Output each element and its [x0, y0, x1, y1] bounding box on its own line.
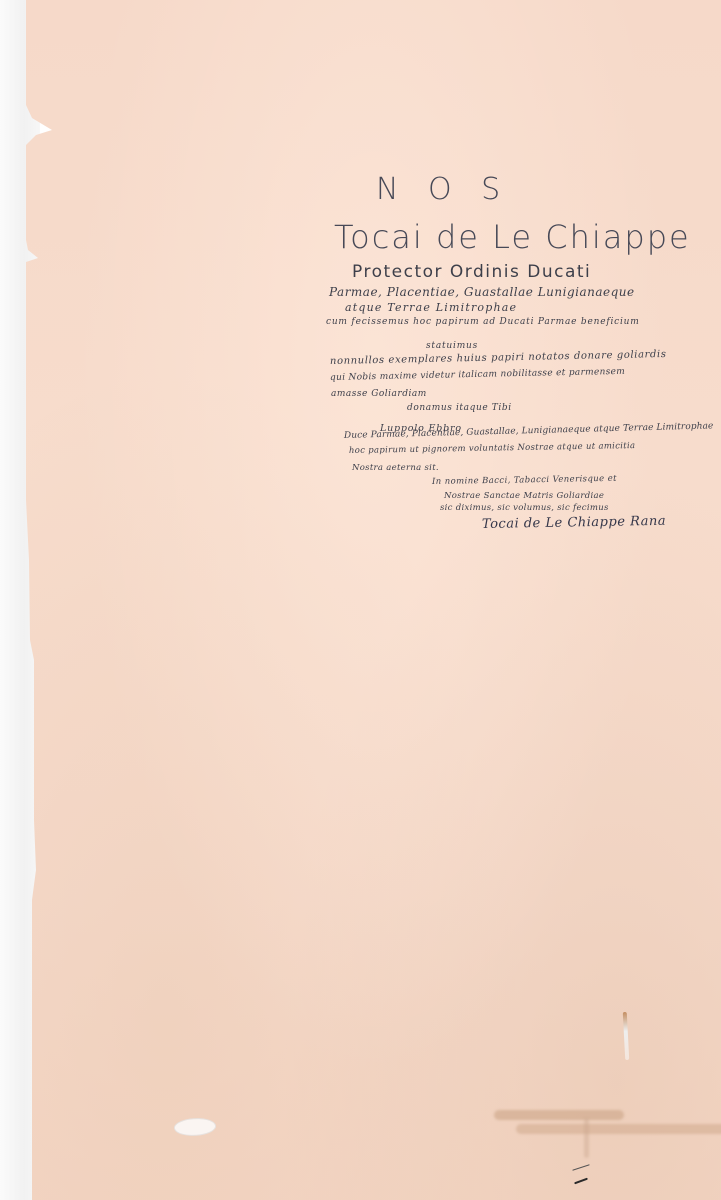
water-stain — [584, 1118, 589, 1158]
invocation-line-2: Nostrae Sanctae Matris Goliardiae — [444, 491, 604, 501]
paper-sheet — [26, 0, 721, 1200]
decree-line-3: amasse Goliardiam — [331, 389, 427, 399]
preamble-line: cum fecissemus hoc papirum ad Ducati Par… — [326, 317, 640, 327]
heading-nos: N O S — [376, 172, 510, 207]
closing-line: sic diximus, sic volumus, sic fecimus — [440, 503, 609, 513]
paper-tear — [173, 1115, 217, 1139]
donamus-line: donamus itaque Tibi — [407, 403, 512, 413]
purpose-line-2: Nostra aeterna sit. — [352, 463, 439, 473]
issuer-title: Protector Ordinis Ducati — [352, 262, 591, 282]
ink-mark — [574, 1178, 588, 1185]
paper-scratch — [623, 1012, 630, 1060]
water-stain — [494, 1110, 624, 1120]
statuimus-line: statuimus — [426, 341, 478, 351]
ink-mark — [572, 1164, 589, 1171]
issuer-name: Tocai de Le Chiappe — [334, 218, 691, 256]
territories-line-2: atque Terrae Limitrophae — [345, 301, 517, 314]
signature: Tocai de Le Chiappe Rana — [482, 514, 666, 532]
water-stain — [516, 1124, 721, 1134]
territories-line: Parmae, Placentiae, Guastallae Lunigiana… — [329, 285, 635, 299]
